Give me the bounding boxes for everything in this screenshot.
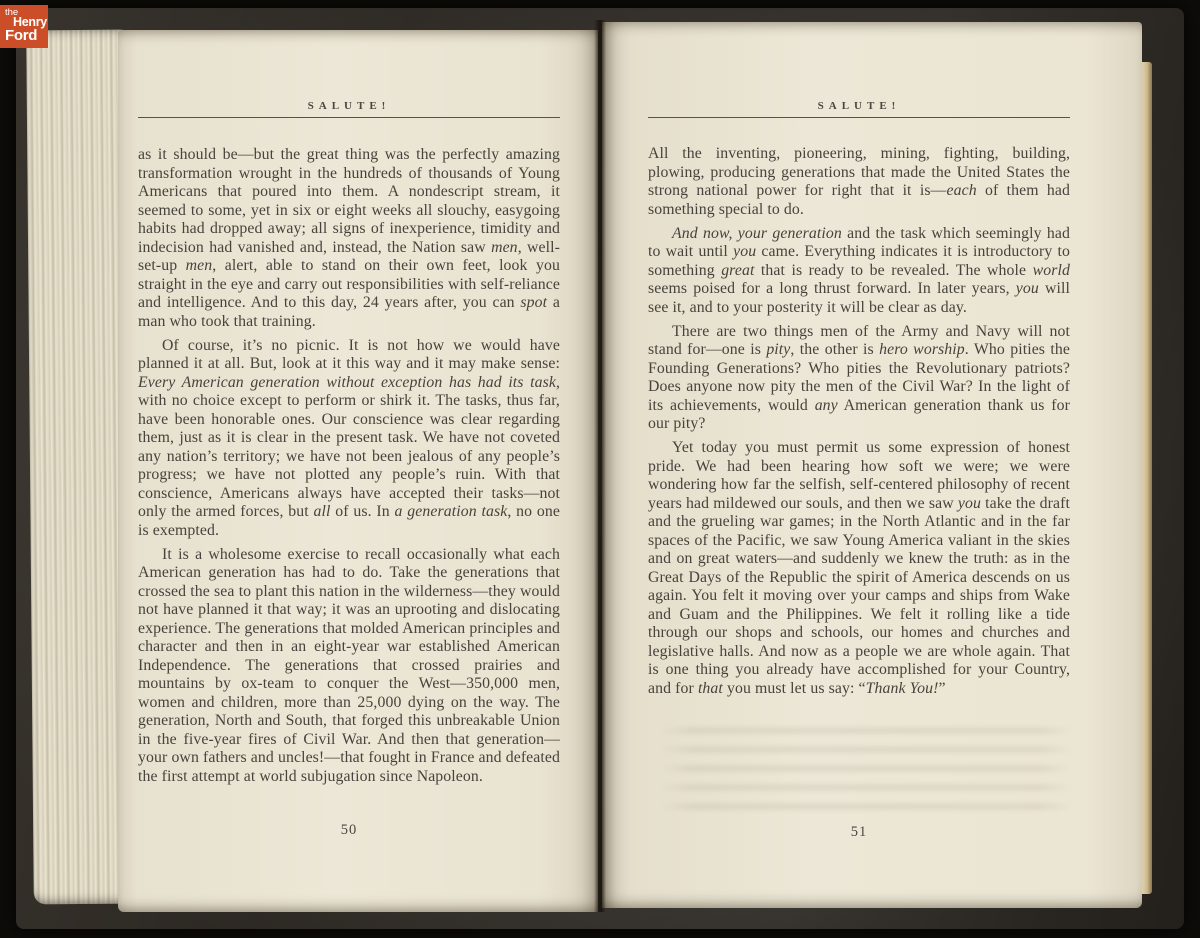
- left-page-number: 50: [138, 822, 560, 839]
- right-page-body: All the inventing, pioneering, mining, f…: [648, 145, 1070, 698]
- henry-ford-logo: the Henry Ford: [0, 5, 48, 48]
- paragraph: All the inventing, pioneering, mining, f…: [648, 145, 1070, 219]
- paragraph: Yet today you must permit us some expres…: [648, 439, 1070, 698]
- spine-shadow: [594, 20, 606, 912]
- show-through-text: [660, 722, 1072, 814]
- logo-ford: Ford: [5, 27, 37, 44]
- right-page-number: 51: [648, 824, 1070, 841]
- paragraph: And now, your generation and the task wh…: [648, 225, 1070, 318]
- left-page-edge-stack: [26, 30, 130, 905]
- paragraph: as it should be—but the great thing was …: [138, 146, 560, 331]
- left-page: SALUTE! as it should be—but the great th…: [118, 30, 598, 912]
- left-page-body: as it should be—but the great thing was …: [138, 146, 560, 786]
- right-running-header: SALUTE!: [648, 100, 1070, 118]
- paragraph: It is a wholesome exercise to recall occ…: [138, 546, 560, 787]
- left-running-header: SALUTE!: [138, 100, 560, 118]
- right-page: SALUTE! All the inventing, pioneering, m…: [602, 22, 1142, 908]
- right-page-edge-stack: [1141, 62, 1152, 894]
- paragraph: Of course, it’s no picnic. It is not how…: [138, 337, 560, 541]
- book-photo: SALUTE! as it should be—but the great th…: [0, 0, 1200, 938]
- paragraph: There are two things men of the Army and…: [648, 323, 1070, 434]
